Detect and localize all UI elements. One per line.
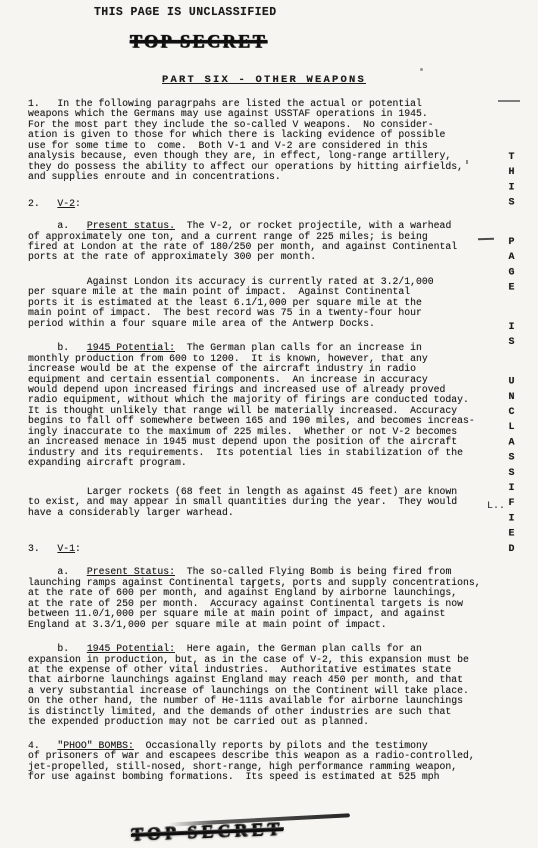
text-run: Here again, the German plan calls for an…: [28, 643, 469, 727]
underlined-heading: V-1: [57, 543, 75, 554]
scan-speck: [420, 68, 423, 71]
underlined-heading: 1945 Potential:: [87, 342, 175, 353]
underlined-heading: "PHOO" BOMBS:: [57, 740, 133, 751]
underlined-heading: 1945 Potential:: [87, 643, 175, 654]
top-secret-stamp-struck-bottom: TOP SECRET: [131, 819, 284, 846]
underlined-heading: Present status.: [87, 220, 175, 231]
underlined-heading: V-2: [57, 198, 75, 209]
text-run: b.: [28, 643, 87, 654]
text-run: b.: [28, 342, 87, 353]
scan-speck: [466, 160, 468, 164]
text-run: 1. In the following paragrpahs are liste…: [28, 98, 463, 182]
document-body: 1. In the following paragrpahs are liste…: [28, 99, 504, 783]
paragraph-2a-present-status: a. Present status. The V-2, or rocket pr…: [28, 221, 504, 263]
paragraph-3a-present-status: a. Present Status: The so-called Flying …: [28, 567, 504, 630]
paragraph-1-intro: 1. In the following paragrpahs are liste…: [28, 99, 504, 183]
text-run: :: [75, 198, 81, 209]
text-run: The so-called Flying Bomb is being fired…: [28, 566, 481, 629]
vertical-unclassified-label: THIS PAGE IS UNCLASSIFIED: [506, 152, 517, 559]
scanned-document-page: { "page": { "top_label": "THIS PAGE IS U…: [0, 0, 538, 848]
underlined-heading: Present Status:: [87, 566, 175, 577]
paragraph-4-phoo-bombs: 4. "PHOO" BOMBS: Occasionally reports by…: [28, 741, 504, 783]
paragraph-2a-accuracy: Against London its accuracy is currently…: [28, 277, 504, 329]
page-title: PART SIX - OTHER WEAPONS: [162, 74, 366, 86]
top-secret-stamp-struck-top: TOP SECRET: [130, 30, 268, 52]
unclassified-banner: THIS PAGE IS UNCLASSIFIED: [94, 6, 277, 19]
text-run: 4.: [28, 740, 57, 751]
text-run: Larger rockets (68 feet in length as aga…: [28, 486, 457, 518]
text-run: 2.: [28, 198, 57, 209]
text-run: The German plan calls for an increase in…: [28, 342, 475, 468]
heading-v1: 3. V-1:: [28, 544, 504, 554]
paragraph-3b-1945-potential: b. 1945 Potential: Here again, the Germa…: [28, 644, 504, 728]
paragraph-2b-1945-potential: b. 1945 Potential: The German plan calls…: [28, 343, 504, 468]
scan-speck: [252, 580, 254, 588]
text-run: a.: [28, 566, 87, 577]
paragraph-2-larger-rockets: Larger rockets (68 feet in length as aga…: [28, 487, 504, 518]
text-run: 3.: [28, 543, 57, 554]
heading-v2: 2. V-2:: [28, 199, 504, 209]
scan-speck: [498, 100, 520, 102]
text-run: Against London its accuracy is currently…: [28, 276, 434, 329]
text-run: a.: [28, 220, 87, 231]
text-run: :: [75, 543, 81, 554]
margin-mark-artifact: L..: [487, 501, 505, 512]
